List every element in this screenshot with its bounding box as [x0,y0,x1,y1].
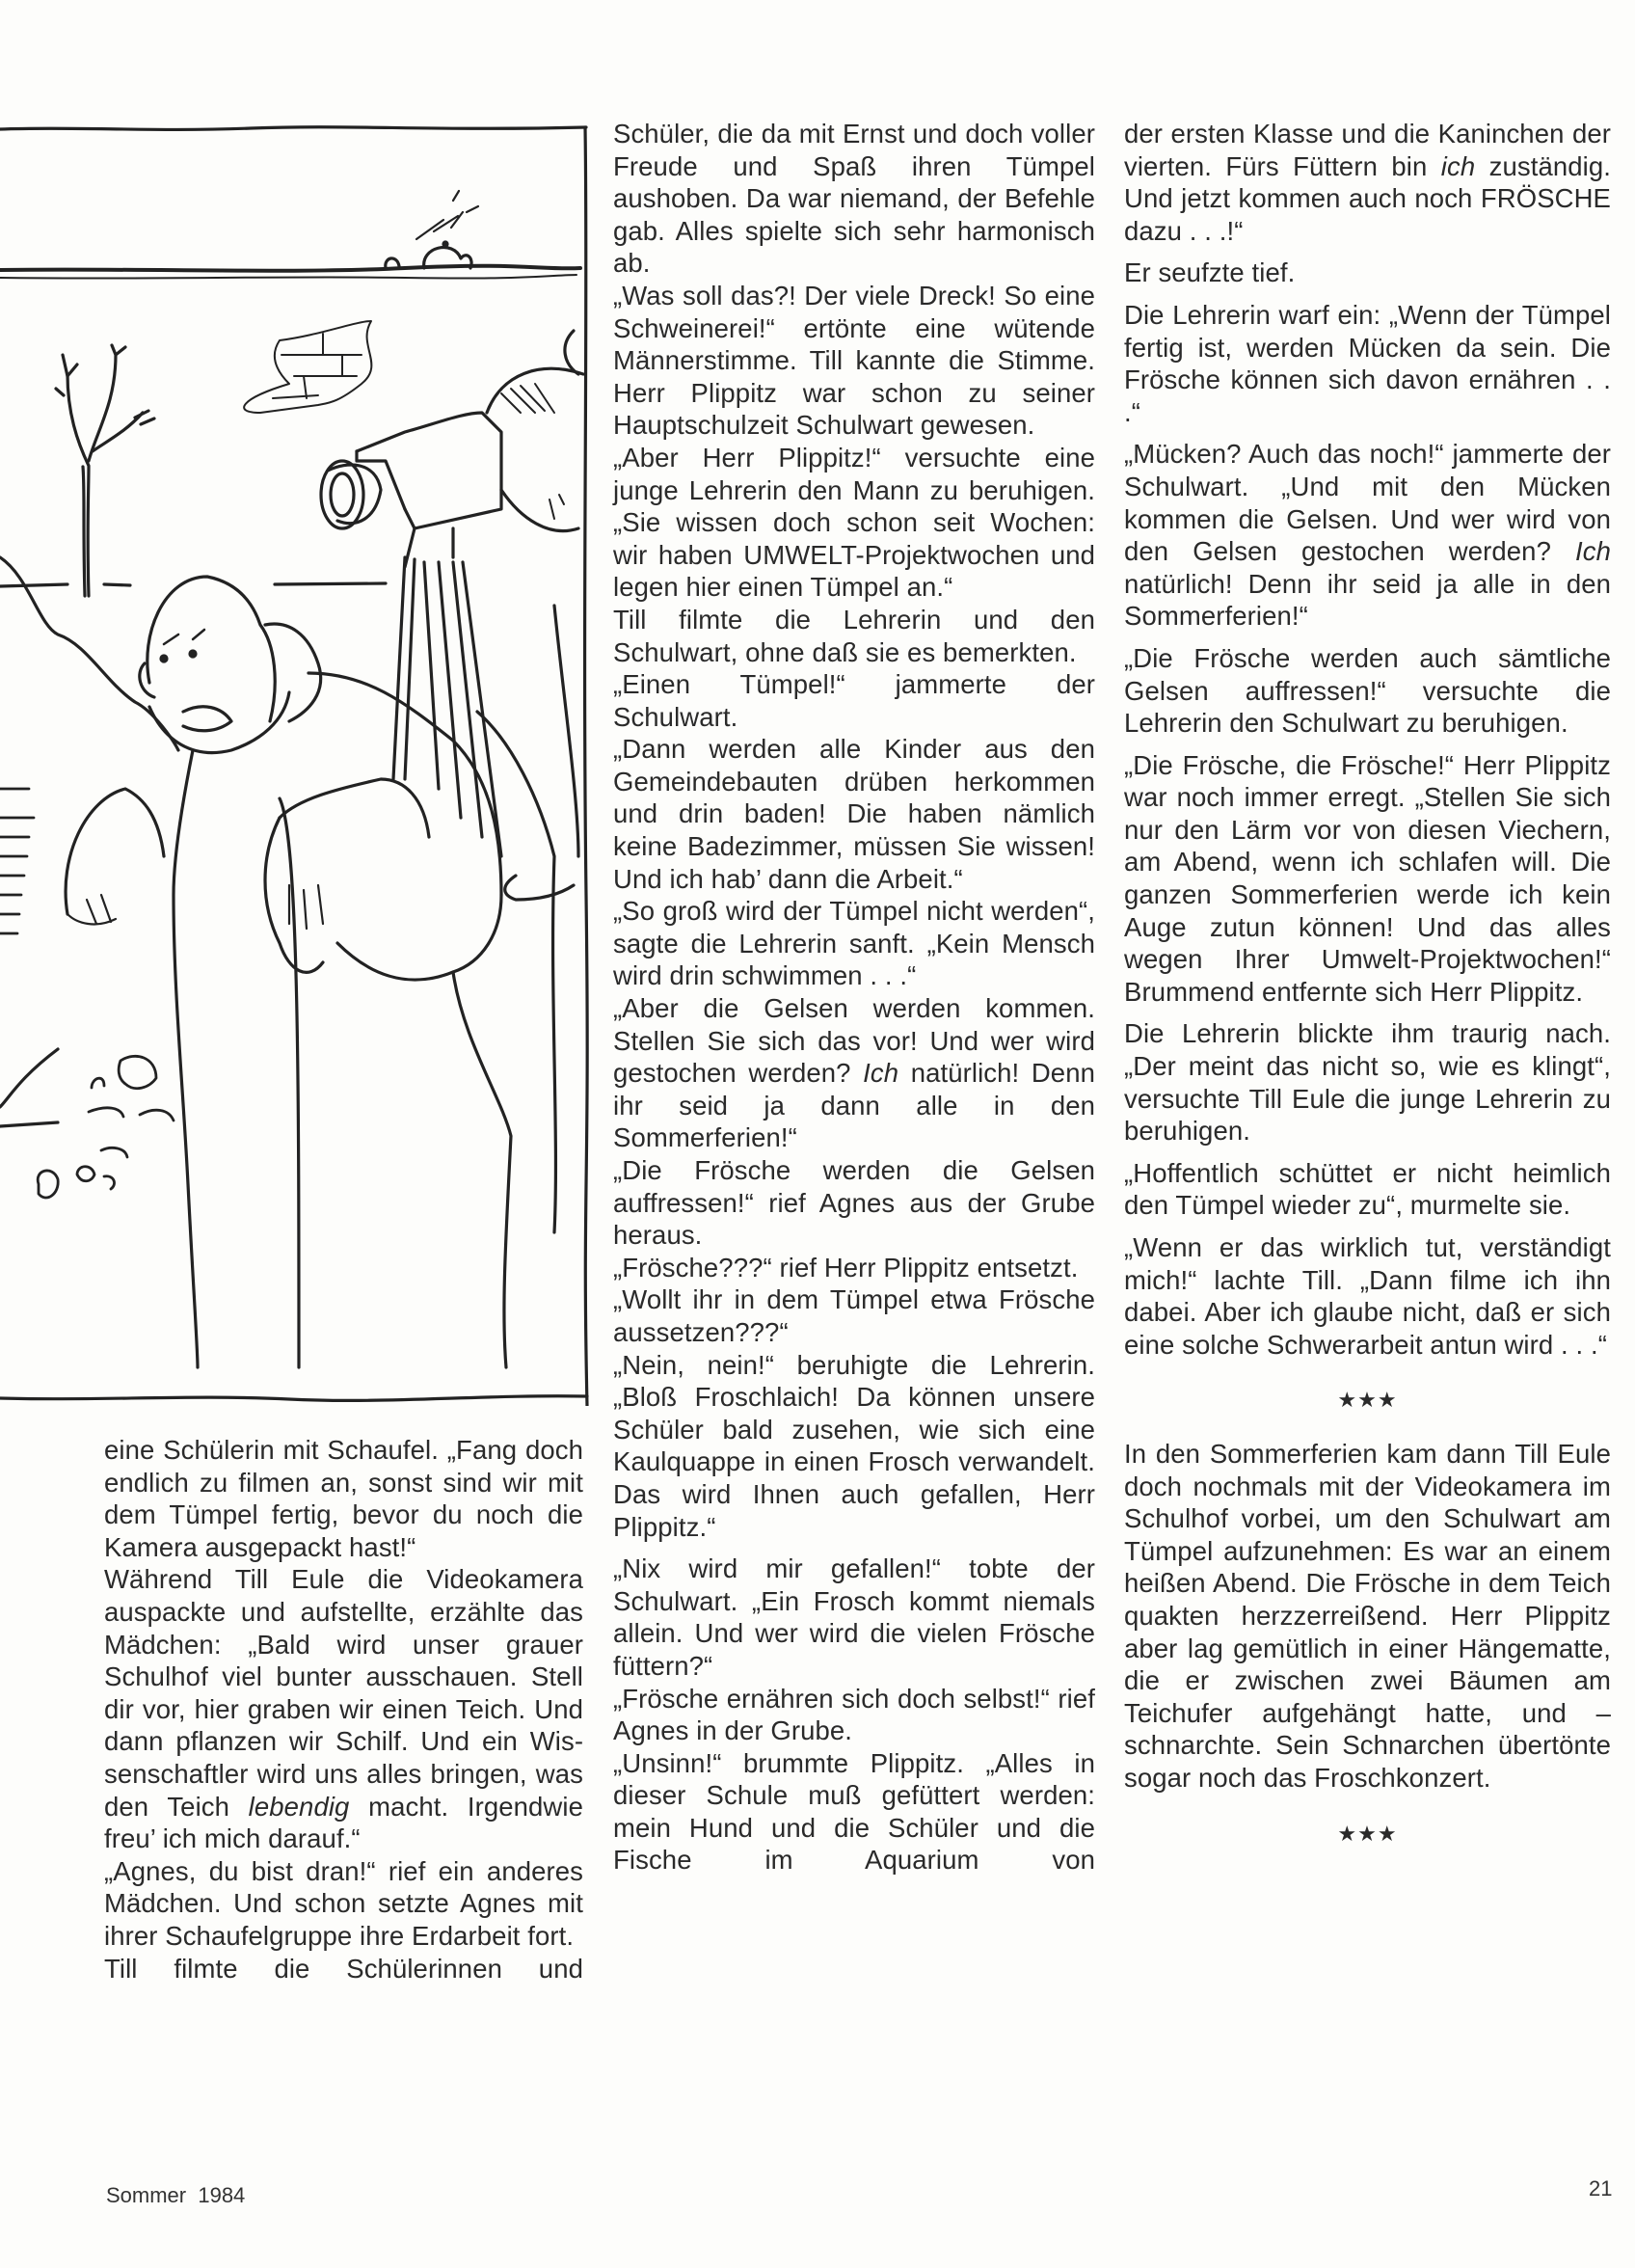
cartoon-illustration [0,123,590,1406]
paragraph: „Mücken? Auch das noch!“ jam­merte der S… [1124,438,1611,633]
paragraph: eine Schülerin mit Schaufel. „Fang doch … [104,1434,583,1563]
paragraph: „Unsinn!“ brummte Plippitz. „Alles in di… [613,1747,1095,1876]
paragraph: Schüler, die da mit Ernst und doch volle… [613,118,1095,280]
paragraph: Till filmte die Schülerinnen und [104,1953,583,1985]
ground-line [0,583,386,586]
article-column-middle: Schüler, die da mit Ernst und doch volle… [613,118,1095,1876]
paragraph: „Die Frösche werden die Gelsen auffresse… [613,1154,1095,1252]
emphasis: ich [1441,151,1475,181]
paragraph: „Wollt ihr in dem Tümpel etwa Frösche au… [613,1283,1095,1348]
paragraph: „Frösche ernähren sich doch selbst!“ rie… [613,1683,1095,1747]
paragraph: „So groß wird der Tümpel nicht werden“, … [613,895,1095,992]
paragraph: In den Sommerferien kam dann Till Eule d… [1124,1438,1611,1795]
paragraph: „Was soll das?! Der viele Dreck! So eine… [613,280,1095,442]
emphasis: Ich [1575,536,1611,566]
paragraph: „Wenn er das wirklich tut, verstän­digt … [1124,1231,1611,1361]
dirt-pile [0,557,178,1126]
article-column-left: eine Schülerin mit Schaufel. „Fang doch … [104,1434,583,1984]
paragraph: Till filmte die Lehrerin und den Schulwa… [613,604,1095,668]
paragraph: Die Lehrerin warf ein: „Wenn der Tümpel … [1124,299,1611,428]
wall-top [0,266,580,279]
paragraph: „Nein, nein!“ beruhigte die Lehre­rin. „… [613,1349,1095,1544]
paragraph: „Dann werden alle Kinder aus den Gemeind… [613,733,1095,895]
cameraman [477,331,583,1232]
paragraph: „Frösche???“ rief Herr Plippitz entsetzt… [613,1252,1095,1284]
issue-label: Sommer 1984 [106,2183,245,2208]
paragraph: „Hoffentlich schüttet er nicht heim­lich… [1124,1157,1611,1222]
page-number: 21 [1589,2176,1612,2201]
section-separator: ★★★ [1124,1818,1611,1850]
paragraph: „Nix wird mir gefallen!“ tobte der Schul… [613,1552,1095,1682]
paragraph: „Aber die Gelsen werden kommen. Stellen … [613,992,1095,1154]
paragraph: „Einen Tümpel!“ jammerte der Schulwart. [613,668,1095,733]
stones [38,1056,174,1198]
tree [56,345,154,596]
paragraph: Während Till Eule die Videoka­mera auspa… [104,1563,583,1854]
caretaker-figure [66,577,511,1367]
paragraph: „Agnes, du bist dran!“ rief ein anderes … [104,1855,583,1953]
paragraph: Die Lehrerin blickte ihm traurig nach. „… [1124,1017,1611,1147]
emphasis: lebendig [249,1792,350,1822]
section-separator: ★★★ [1124,1384,1611,1417]
peeking-child [386,191,478,268]
video-camera [321,413,501,567]
paragraph: „Aber Herr Plippitz!“ versuchte eine jun… [613,442,1095,604]
brick-patch [244,321,371,413]
paragraph: „Die Frösche, die Frösche!“ Herr Plippit… [1124,749,1611,1009]
paragraph: Er seufzte tief. [1124,256,1611,289]
paragraph: der ersten Klasse und die Kanin­chen der… [1124,118,1611,247]
paragraph: „Die Frösche werden auch sämtli­che Gels… [1124,642,1611,740]
article-column-right: der ersten Klasse und die Kanin­chen der… [1124,118,1611,1871]
emphasis: Ich [863,1058,898,1088]
frame-border [0,127,587,1406]
